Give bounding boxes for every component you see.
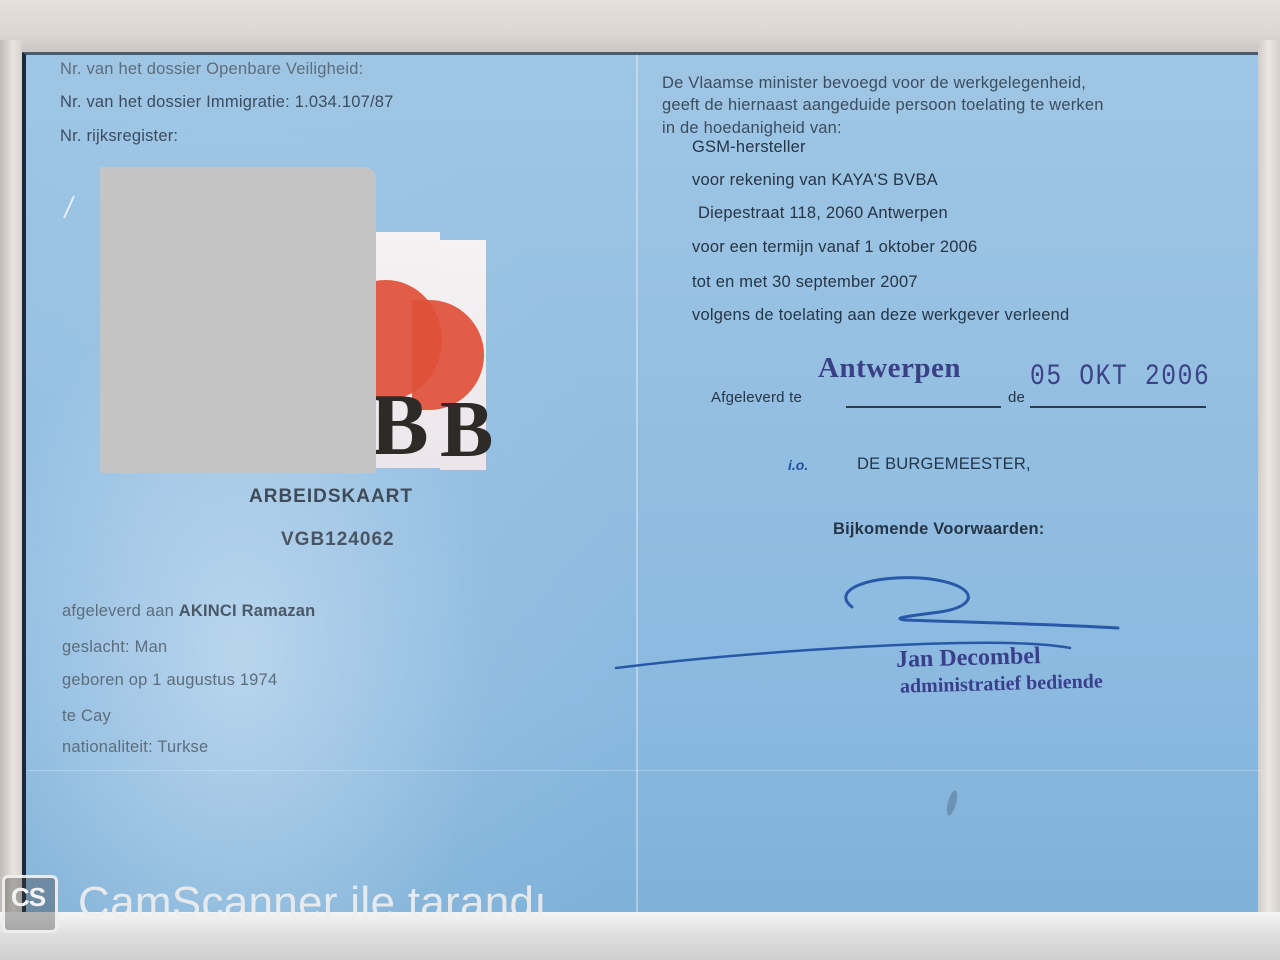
camscanner-logo-icon: CS	[2, 875, 58, 933]
signatory-name-stamp: Jan Decombel	[896, 643, 1041, 674]
camscanner-badge-text: CS	[11, 882, 45, 913]
signature-icon	[0, 0, 1280, 960]
camscanner-watermark: CamScanner ile tarandı	[78, 878, 547, 928]
